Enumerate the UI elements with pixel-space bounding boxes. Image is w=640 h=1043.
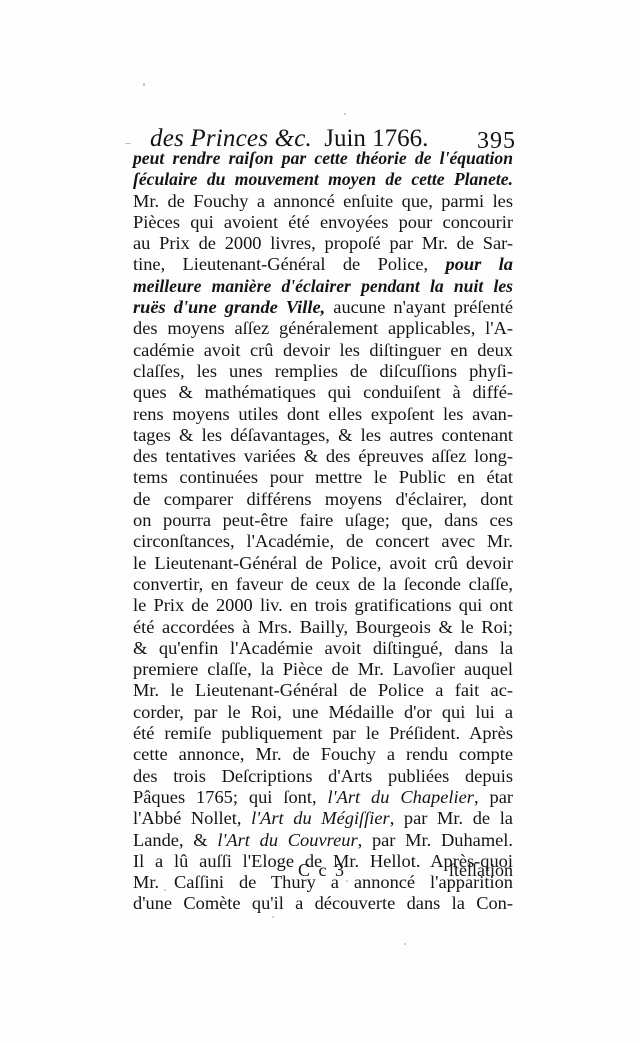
work-title: l'Art du Mégiſſier	[251, 808, 390, 828]
text-segment: tine, Lieutenant-Général de Police,	[133, 254, 428, 274]
text-line: été accordées à Mrs. Bailly, Bourgeois &…	[133, 617, 513, 638]
text-segment: , par	[474, 787, 513, 807]
scan-speck	[125, 143, 131, 144]
catchword: ſtellation	[449, 859, 513, 881]
scan-speck	[404, 943, 406, 945]
text-line: ques & mathématiques qui conduiſent à di…	[133, 382, 513, 403]
text-segment: Lande, &	[133, 830, 217, 850]
text-line: au Prix de 2000 livres, propoſé par Mr. …	[133, 233, 513, 254]
text-line: des tentatives variées & des épreuves aſ…	[133, 446, 513, 467]
text-line: été remiſe publiquement par le Préſident…	[133, 723, 513, 744]
text-line: des moyens aſſez généralement applicable…	[133, 318, 513, 339]
text-segment: , par Mr. de la	[390, 808, 513, 828]
text-line: Lande, & l'Art du Couvreur, par Mr. Duha…	[133, 830, 513, 851]
text-line: ſéculaire du mouvement moyen de cette Pl…	[133, 169, 513, 190]
signature-mark: C c 3	[298, 859, 346, 881]
text-line: tems continuées pour mettre le Public en…	[133, 467, 513, 488]
page-footer: C c 3 ſtellation	[133, 859, 513, 881]
text-line: on pourra peut-être faire uſage; que, da…	[133, 510, 513, 531]
scan-speck	[346, 880, 348, 882]
text-line: circonſtances, l'Académie, de concert av…	[133, 531, 513, 552]
text-line: d'une Comète qu'il a découverte dans la …	[133, 893, 513, 914]
text-line: cette annonce, Mr. de Fouchy a rendu com…	[133, 744, 513, 765]
body-text: peut rendre raiſon par cette théorie de …	[133, 148, 513, 915]
text-line: claſſes, les unes remplies de diſcuſſion…	[133, 361, 513, 382]
text-segment: l'Abbé Nollet,	[133, 808, 251, 828]
text-line: tages & les déſavantages, & les autres c…	[133, 425, 513, 446]
text-line: premiere claſſe, la Pièce de Mr. Lavoſie…	[133, 659, 513, 680]
scan-speck	[272, 916, 274, 918]
work-title: l'Art du Chapelier	[328, 787, 474, 807]
text-line: peut rendre raiſon par cette théorie de …	[133, 148, 513, 169]
scan-speck	[164, 889, 166, 891]
text-segment: aucune n'ayant préſenté	[333, 297, 513, 317]
italic-segment: pour la	[446, 254, 513, 274]
text-line: ruës d'une grande Ville, aucune n'ayant …	[133, 297, 513, 318]
book-page: des Princes &c. Juin 1766. 395 peut rend…	[0, 0, 640, 1043]
text-line: le Prix de 2000 liv. en trois gratificat…	[133, 595, 513, 616]
text-line: & qu'enfin l'Académie avoit diſtingué, d…	[133, 638, 513, 659]
text-line: corder, par le Roi, une Médaille d'or qu…	[133, 702, 513, 723]
text-line: Mr. de Fouchy a annoncé enſuite que, par…	[133, 191, 513, 212]
text-segment: Pâques 1765; qui ſont,	[133, 787, 328, 807]
text-line: Pièces qui avoient été envoyées pour con…	[133, 212, 513, 233]
text-line: cadémie avoit crû devoir les diſtinguer …	[133, 340, 513, 361]
text-line: meilleure manière d'éclairer pendant la …	[133, 276, 513, 297]
text-line: de comparer différens moyens d'éclairer,…	[133, 489, 513, 510]
italic-segment: ruës d'une grande Ville,	[133, 297, 325, 317]
text-line: l'Abbé Nollet, l'Art du Mégiſſier, par M…	[133, 808, 513, 829]
work-title: l'Art du Couvreur	[217, 830, 357, 850]
text-segment: , par Mr. Duhamel.	[358, 830, 513, 850]
text-line: des trois Deſcriptions d'Arts publiées d…	[133, 766, 513, 787]
scan-speck	[344, 113, 346, 115]
text-line: Mr. le Lieutenant-Général de Police a fa…	[133, 680, 513, 701]
text-line: convertir, en faveur de ceux de la ſecon…	[133, 574, 513, 595]
text-line: rens moyens utiles dont elles expoſent l…	[133, 404, 513, 425]
text-line: le Lieutenant-Général de Police, avoit c…	[133, 553, 513, 574]
text-line: tine, Lieutenant-Général de Police, pour…	[133, 254, 513, 275]
scan-speck	[143, 83, 145, 86]
text-line: Pâques 1765; qui ſont, l'Art du Chapelie…	[133, 787, 513, 808]
